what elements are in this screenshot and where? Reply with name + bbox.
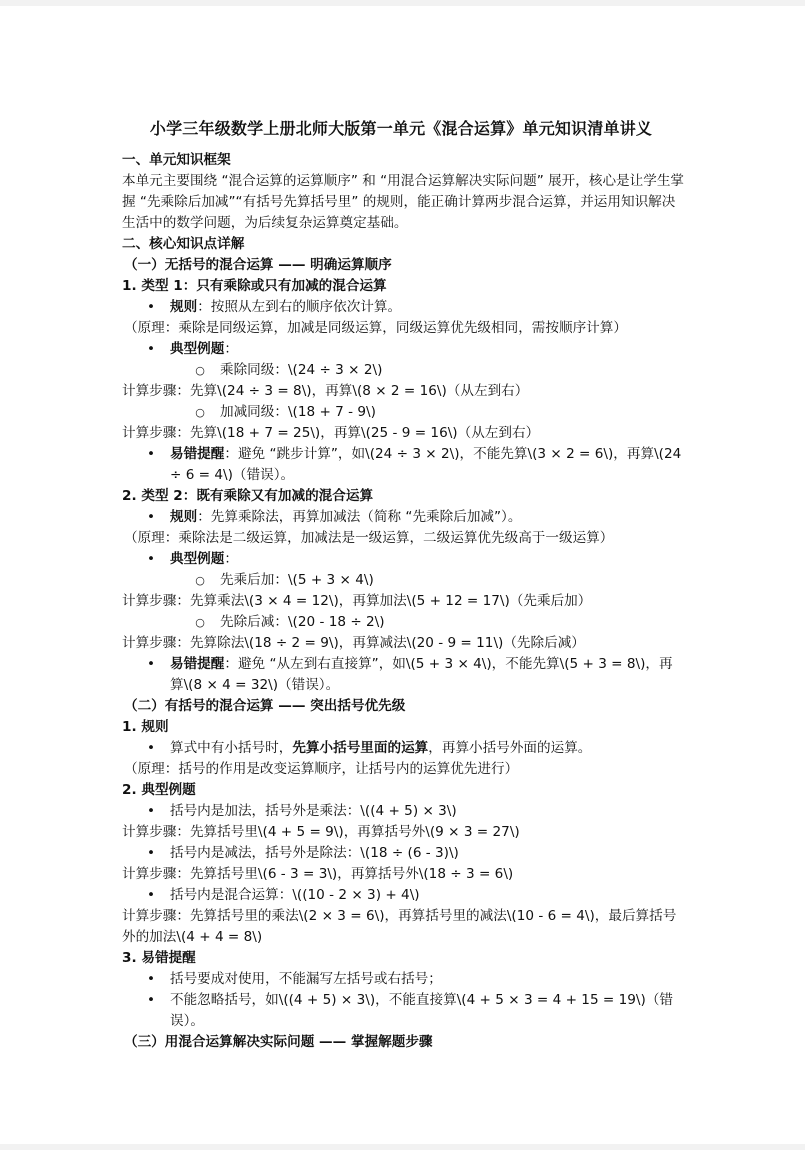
brackets-examples-heading: 2. 典型例题	[122, 780, 686, 801]
example-text: 加减同级：\(18 + 7 - 9\)	[220, 404, 376, 420]
brackets-example2: • 括号内是减法，括号外是除法：\(18 ÷ (6 - 3)\)	[122, 843, 686, 864]
framework-paragraph: 本单元主要围绕 “混合运算的运算顺序” 和 “用混合运算解决实际问题” 展开，核…	[122, 171, 686, 234]
examples-label: 典型例题	[170, 551, 224, 567]
bullet-icon: •	[146, 444, 156, 465]
type2-heading: 2. 类型 2：既有乘除又有加减的混合运算	[122, 486, 686, 507]
sub-bullet-icon: ○	[195, 360, 205, 381]
bullet-icon: •	[146, 507, 156, 528]
type2-example2: ○ 先除后减：\(20 - 18 ÷ 2\)	[122, 612, 686, 633]
type1-principle: （原理：乘除是同级运算，加减是同级运算，同级运算优先级相同，需按顺序计算）	[122, 318, 686, 339]
brackets-steps1: 计算步骤：先算括号里\(4 + 5 = 9\)，再算括号外\(9 × 3 = 2…	[122, 822, 686, 843]
warning-text: 不能忽略括号，如\((4 + 5) × 3\)，不能直接算\(4 + 5 × 3…	[170, 992, 673, 1029]
type1-example2: ○ 加减同级：\(18 + 7 - 9\)	[122, 402, 686, 423]
brackets-warning-heading: 3. 易错提醒	[122, 948, 686, 969]
sub-bullet-icon: ○	[195, 612, 205, 633]
bullet-icon: •	[146, 885, 156, 906]
type2-warning-item: • 易错提醒：避免 “从左到右直接算”，如\(5 + 3 × 4\)，不能先算\…	[122, 654, 686, 696]
bullet-icon: •	[146, 801, 156, 822]
example-text: 先乘后加：\(5 + 3 × 4\)	[220, 572, 374, 588]
bullet-icon: •	[146, 990, 156, 1011]
warning-label: 易错提醒	[170, 446, 224, 462]
section-heading-core-points: 二、核心知识点详解	[122, 234, 686, 255]
rule-text: ：先算乘除法，再算加减法（简称 “先乘除后加减”）。	[197, 509, 521, 525]
bullet-icon: •	[146, 969, 156, 990]
type1-steps2: 计算步骤：先算\(18 + 7 = 25\)，再算\(25 - 9 = 16\)…	[122, 423, 686, 444]
brackets-warning2: • 不能忽略括号，如\((4 + 5) × 3\)，不能直接算\(4 + 5 ×…	[122, 990, 686, 1032]
type1-rule-item: • 规则：按照从左到右的顺序依次计算。	[122, 297, 686, 318]
brackets-steps3: 计算步骤：先算括号里的乘法\(2 × 3 = 6\)，再算括号里的减法\(10 …	[122, 906, 686, 948]
type2-example1: ○ 先乘后加：\(5 + 3 × 4\)	[122, 570, 686, 591]
warning-text: 括号要成对使用，不能漏写左括号或右括号；	[170, 971, 442, 987]
brackets-warning1: • 括号要成对使用，不能漏写左括号或右括号；	[122, 969, 686, 990]
rule-text-bold: 先算小括号里面的运算	[292, 740, 428, 756]
examples-suffix: ：	[224, 341, 238, 357]
rule-text-pre: 算式中有小括号时，	[170, 740, 292, 756]
rule-label: 规则	[170, 509, 197, 525]
type2-examples-item: • 典型例题：	[122, 549, 686, 570]
type2-rule-item: • 规则：先算乘除法，再算加减法（简称 “先乘除后加减”）。	[122, 507, 686, 528]
subsection-heading-no-brackets: （一）无括号的混合运算 —— 明确运算顺序	[122, 255, 686, 276]
type1-example1: ○ 乘除同级：\(24 ÷ 3 × 2\)	[122, 360, 686, 381]
type2-principle: （原理：乘除法是二级运算，加减法是一级运算，二级运算优先级高于一级运算）	[122, 528, 686, 549]
rule-text-post: ，再算小括号外面的运算。	[428, 740, 591, 756]
subsection-heading-with-brackets: （二）有括号的混合运算 —— 突出括号优先级	[122, 696, 686, 717]
type1-warning-item: • 易错提醒：避免 “跳步计算”，如\(24 ÷ 3 × 2\)，不能先算\(3…	[122, 444, 686, 486]
type1-examples-item: • 典型例题：	[122, 339, 686, 360]
rule-text: ：按照从左到右的顺序依次计算。	[197, 299, 401, 315]
rule-label: 规则	[170, 299, 197, 315]
bullet-icon: •	[146, 843, 156, 864]
sub-bullet-icon: ○	[195, 570, 205, 591]
example-text: 括号内是加法，括号外是乘法：\((4 + 5) × 3\)	[170, 803, 457, 819]
type1-heading: 1. 类型 1：只有乘除或只有加减的混合运算	[122, 276, 686, 297]
brackets-rule-item: • 算式中有小括号时，先算小括号里面的运算，再算小括号外面的运算。	[122, 738, 686, 759]
brackets-example3: • 括号内是混合运算：\((10 - 2 × 3) + 4\)	[122, 885, 686, 906]
example-text: 括号内是减法，括号外是除法：\(18 ÷ (6 - 3)\)	[170, 845, 459, 861]
bullet-icon: •	[146, 339, 156, 360]
bullet-icon: •	[146, 738, 156, 759]
warning-text: ：避免 “从左到右直接算”，如\(5 + 3 × 4\)，不能先算\(5 + 3…	[170, 656, 673, 693]
example-text: 括号内是混合运算：\((10 - 2 × 3) + 4\)	[170, 887, 420, 903]
examples-label: 典型例题	[170, 341, 224, 357]
brackets-rule-heading: 1. 规则	[122, 717, 686, 738]
examples-suffix: ：	[224, 551, 238, 567]
subsection-heading-word-problems: （三）用混合运算解决实际问题 —— 掌握解题步骤	[122, 1032, 686, 1053]
document-title: 小学三年级数学上册北师大版第一单元《混合运算》单元知识清单讲义	[116, 119, 686, 139]
brackets-steps2: 计算步骤：先算括号里\(6 - 3 = 3\)，再算括号外\(18 ÷ 3 = …	[122, 864, 686, 885]
sub-bullet-icon: ○	[195, 402, 205, 423]
document-page: 小学三年级数学上册北师大版第一单元《混合运算》单元知识清单讲义 一、单元知识框架…	[0, 6, 805, 1144]
bullet-icon: •	[146, 297, 156, 318]
example-text: 乘除同级：\(24 ÷ 3 × 2\)	[220, 362, 382, 378]
brackets-example1: • 括号内是加法，括号外是乘法：\((4 + 5) × 3\)	[122, 801, 686, 822]
warning-label: 易错提醒	[170, 656, 224, 672]
brackets-principle: （原理：括号的作用是改变运算顺序，让括号内的运算优先进行）	[122, 759, 686, 780]
document-content: 小学三年级数学上册北师大版第一单元《混合运算》单元知识清单讲义 一、单元知识框架…	[122, 119, 686, 1053]
warning-text: ：避免 “跳步计算”，如\(24 ÷ 3 × 2\)，不能先算\(3 × 2 =…	[170, 446, 681, 483]
bullet-icon: •	[146, 549, 156, 570]
type2-steps2: 计算步骤：先算除法\(18 ÷ 2 = 9\)，再算减法\(20 - 9 = 1…	[122, 633, 686, 654]
type1-steps1: 计算步骤：先算\(24 ÷ 3 = 8\)，再算\(8 × 2 = 16\)（从…	[122, 381, 686, 402]
bullet-icon: •	[146, 654, 156, 675]
section-heading-framework: 一、单元知识框架	[122, 150, 686, 171]
type2-steps1: 计算步骤：先算乘法\(3 × 4 = 12\)，再算加法\(5 + 12 = 1…	[122, 591, 686, 612]
example-text: 先除后减：\(20 - 18 ÷ 2\)	[220, 614, 385, 630]
